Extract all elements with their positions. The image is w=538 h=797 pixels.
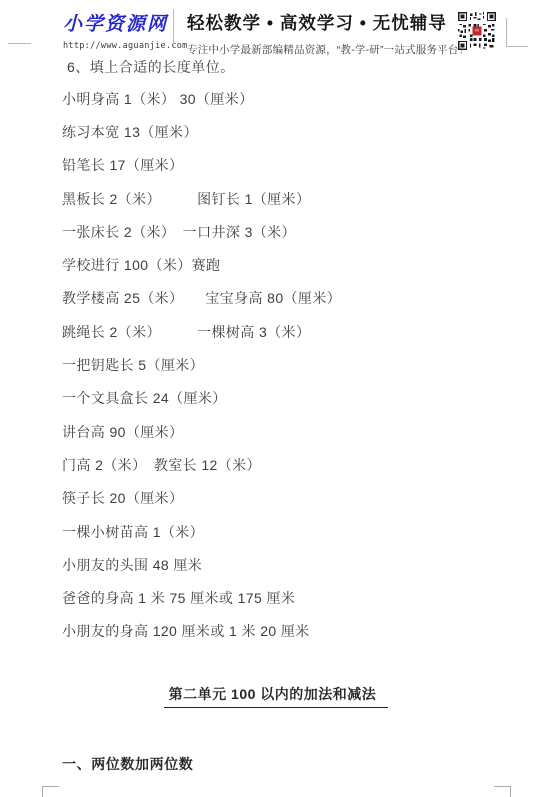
worksheet-line: 黑板长 2（米） 图钉长 1（厘米）	[62, 182, 508, 215]
worksheet-line: 一个文具盒长 24（厘米）	[62, 382, 508, 415]
worksheet-line: 爸爸的身高 1 米 75 厘米或 175 厘米	[62, 581, 508, 614]
header-divider	[173, 9, 174, 46]
worksheet-line: 一棵小树苗高 1（米）	[62, 515, 508, 548]
header-tagline-block: 轻松教学 • 高效学习 • 无忧辅导 专注中小学最新部编精品资源，“教-学-研”…	[187, 10, 455, 57]
footer-corner-mark-right	[494, 786, 511, 797]
worksheet-line: 一把钥匙长 5（厘米）	[62, 348, 508, 381]
worksheet-line: 讲台高 90（厘米）	[62, 415, 508, 448]
document-page: 小学资源网 http://www.aguanjie.com 轻松教学 • 高效学…	[0, 0, 538, 797]
worksheet-line: 铅笔长 17（厘米）	[62, 149, 508, 182]
question-title: 6、填上合适的长度单位。	[67, 52, 508, 82]
section-heading: 第二单元 100 以内的加法和减法	[0, 684, 538, 708]
worksheet-line: 小朋友的身高 120 厘米或 1 米 20 厘米	[62, 615, 508, 648]
worksheet-line: 教学楼高 25（米） 宝宝身高 80（厘米）	[62, 282, 508, 315]
worksheet-line: 一张床长 2（米） 一口井深 3（米）	[62, 215, 508, 248]
qr-code-icon	[458, 12, 496, 50]
site-logo-url: http://www.aguanjie.com	[63, 41, 175, 51]
footer-corner-mark-left	[42, 786, 59, 797]
worksheet-line: 小朋友的头围 48 厘米	[62, 548, 508, 581]
worksheet-line: 门高 2（米） 教室长 12（米）	[62, 448, 508, 481]
worksheet-line: 筷子长 20（厘米）	[62, 482, 508, 515]
header-left-crop-mark	[8, 43, 31, 44]
worksheet-line: 跳绳长 2（米） 一棵树高 3（米）	[62, 315, 508, 348]
site-logo: 小学资源网 http://www.aguanjie.com	[63, 9, 175, 51]
worksheet-content: 6、填上合适的长度单位。 小明身高 1（米） 30（厘米） 练习本宽 13（厘米…	[62, 52, 508, 648]
subsection-heading: 一、两位数加两位数	[62, 754, 193, 774]
header-tagline: 轻松教学 • 高效学习 • 无忧辅导	[187, 10, 455, 35]
header-corner-mark	[506, 18, 528, 47]
worksheet-line: 小明身高 1（米） 30（厘米）	[62, 82, 508, 115]
section-heading-text: 第二单元 100 以内的加法和减法	[164, 684, 389, 708]
worksheet-line: 学校进行 100（米）赛跑	[62, 248, 508, 281]
worksheet-line: 练习本宽 13（厘米）	[62, 115, 508, 148]
site-logo-text: 小学资源网	[63, 9, 175, 36]
